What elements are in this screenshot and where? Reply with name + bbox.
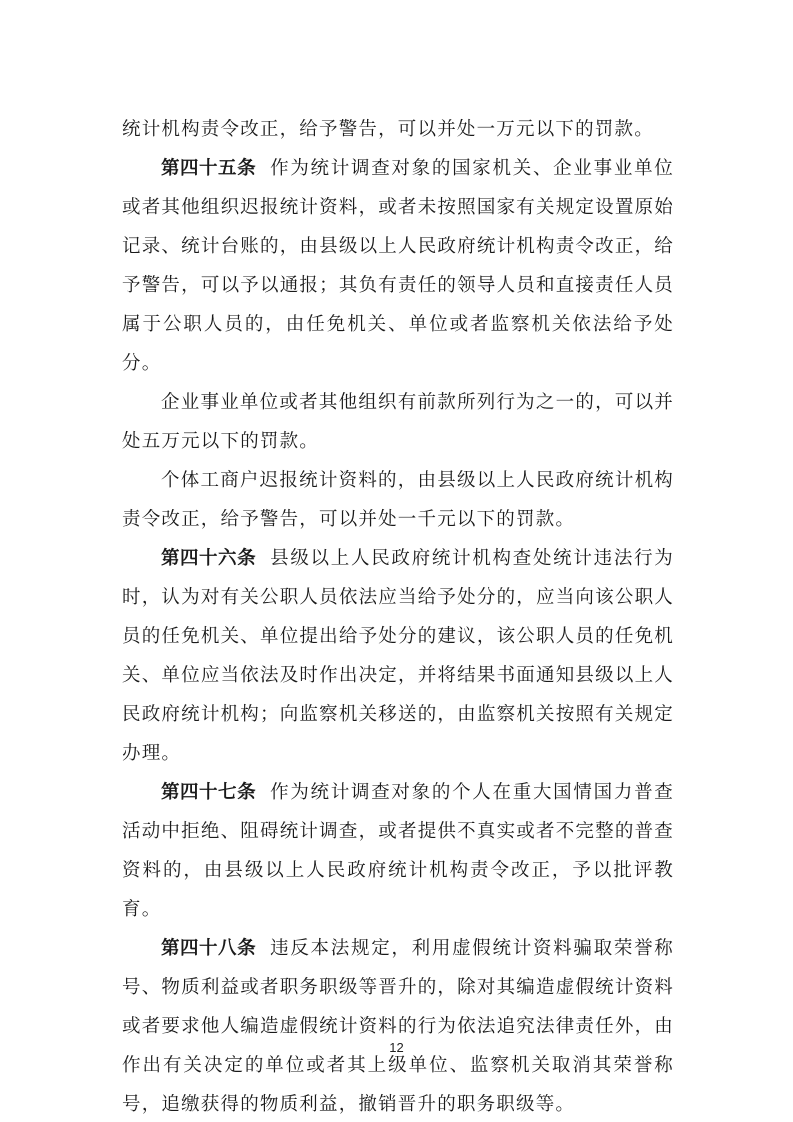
paragraph-text: 企业事业单位或者其他组织有前款所列行为之一的，可以并处五万元以下的罚款。 — [122, 392, 674, 452]
article-title: 第四十八条 — [161, 938, 256, 959]
document-page-body: 统计机构责令改正，给予警告，可以并处一万元以下的罚款。 第四十五条作为统计调查对… — [122, 110, 674, 1122]
paragraph-article-45-clause-2: 企业事业单位或者其他组织有前款所列行为之一的，可以并处五万元以下的罚款。 — [122, 383, 674, 461]
paragraph-article-48: 第四十八条违反本法规定，利用虚假统计资料骗取荣誉称号、物质利益或者职务职级等晋升… — [122, 929, 674, 1122]
paragraph-article-47: 第四十七条作为统计调查对象的个人在重大国情国力普查活动中拒绝、阻碍统计调查，或者… — [122, 773, 674, 929]
paragraph-continuation: 统计机构责令改正，给予警告，可以并处一万元以下的罚款。 — [122, 110, 674, 149]
paragraph-text: 县级以上人民政府统计机构查处统计违法行为时，认为对有关公职人员依法应当给予处分的… — [122, 548, 674, 764]
paragraph-text: 统计机构责令改正，给予警告，可以并处一万元以下的罚款。 — [122, 119, 654, 140]
paragraph-text: 个体工商户迟报统计资料的，由县级以上人民政府统计机构责令改正，给予警告，可以并处… — [122, 470, 674, 530]
article-title: 第四十六条 — [161, 548, 256, 569]
paragraph-article-45: 第四十五条作为统计调查对象的国家机关、企业事业单位或者其他组织迟报统计资料，或者… — [122, 149, 674, 383]
article-title: 第四十五条 — [161, 158, 256, 179]
paragraph-article-46: 第四十六条县级以上人民政府统计机构查处统计违法行为时，认为对有关公职人员依法应当… — [122, 539, 674, 773]
article-title: 第四十七条 — [161, 782, 256, 803]
paragraph-text: 违反本法规定，利用虚假统计资料骗取荣誉称号、物质利益或者职务职级等晋升的，除对其… — [122, 938, 674, 1115]
paragraph-article-45-clause-3: 个体工商户迟报统计资料的，由县级以上人民政府统计机构责令改正，给予警告，可以并处… — [122, 461, 674, 539]
page-number: 12 — [0, 1040, 793, 1055]
paragraph-text: 作为统计调查对象的国家机关、企业事业单位或者其他组织迟报统计资料，或者未按照国家… — [122, 158, 674, 374]
